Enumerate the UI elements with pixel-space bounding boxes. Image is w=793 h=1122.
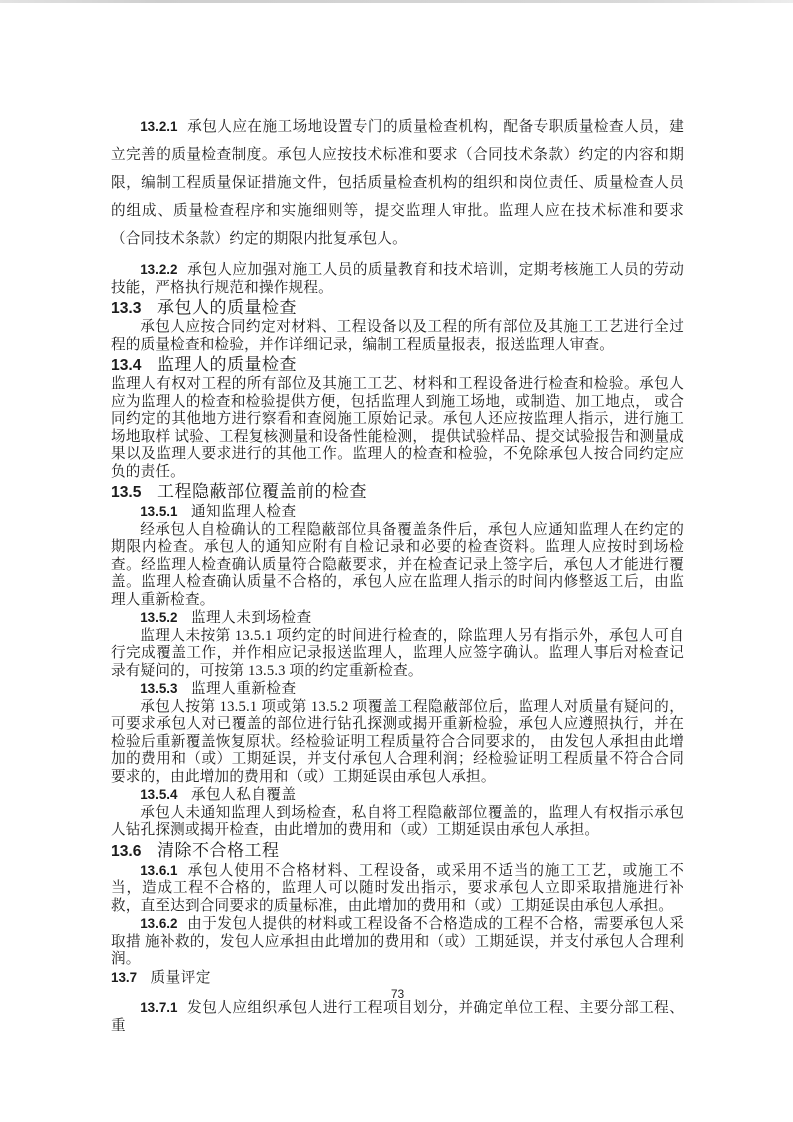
clause-text: 承包人应加强对施工人员的质量教育和技术培训，定期考核施工人员的劳动技能，严格执行… <box>111 262 684 296</box>
subsection-heading-13-5-1: 13.5.1通知监理人检查 <box>111 503 684 522</box>
subsection-title: 监理人未到场检查 <box>191 610 312 626</box>
section-number: 13.7 <box>111 970 137 985</box>
clause-text: 承包人按第 13.5.1 项或第 13.5.2 项覆盖工程隐蔽部位后，监理人对质… <box>111 699 684 785</box>
clause-text: 发包人应组织承包人进行工程项目划分，并确定单位工程、主要分部工程、重 <box>111 1000 684 1034</box>
subsection-heading-13-5-3: 13.5.3监理人重新检查 <box>111 680 684 699</box>
subsection-heading-13-5-4: 13.5.4承包人私自覆盖 <box>111 786 684 805</box>
section-title: 工程隐蔽部位覆盖前的检查 <box>157 482 367 501</box>
clause-text: 承包人应在施工场地设置专门的质量检查机构，配备专职质量检查人员，建立完善的质量检… <box>111 119 684 247</box>
clause-text: 经承包人自检确认的工程隐蔽部位具备覆盖条件后，承包人应通知监理人在约定的期限内检… <box>111 522 684 608</box>
paragraph-13-5-4-body: 承包人未通知监理人到场检查，私自将工程隐蔽部位覆盖的，监理人有权指示承包人钻孔探… <box>111 805 684 840</box>
section-title: 承包人的质量检查 <box>157 298 297 317</box>
paragraph-13-2-2: 13.2.2承包人应加强对施工人员的质量教育和技术培训，定期考核施工人员的劳动技… <box>111 261 684 297</box>
clause-number: 13.6.2 <box>140 916 177 931</box>
clause-text: 承包人未通知监理人到场检查，私自将工程隐蔽部位覆盖的，监理人有权指示承包人钻孔探… <box>111 805 684 839</box>
clause-number: 13.2.2 <box>140 262 177 277</box>
section-heading-13-5: 13.5工程隐蔽部位覆盖前的检查 <box>111 481 684 503</box>
section-number: 13.4 <box>111 357 141 374</box>
clause-text: 承包人应按合同约定对材料、工程设备以及工程的所有部位及其施工工艺进行全过程的质量… <box>111 319 684 353</box>
clause-number: 13.6.1 <box>140 863 177 878</box>
section-number: 13.6 <box>111 843 141 860</box>
paragraph-13-7-1: 13.7.1发包人应组织承包人进行工程项目划分，并确定单位工程、主要分部工程、重 <box>111 999 684 1035</box>
paragraph-13-3-body: 承包人应按合同约定对材料、工程设备以及工程的所有部位及其施工工艺进行全过程的质量… <box>111 319 684 354</box>
paragraph-13-6-1: 13.6.1承包人使用不合格材料、工程设备，或采用不适当的施工工艺，或施工不当，… <box>111 862 684 916</box>
page-number: 73 <box>111 987 684 1001</box>
clause-number: 13.2.1 <box>140 119 177 134</box>
section-heading-13-3: 13.3承包人的质量检查 <box>111 297 684 319</box>
clause-text: 监理人有权对工程的所有部位及其施工工艺、材料和工程设备进行检查和检验。承包人应为… <box>111 376 684 480</box>
section-title: 清除不合格工程 <box>157 841 280 860</box>
scan-edge-artifact <box>0 0 793 3</box>
subsection-number: 13.5.3 <box>140 681 177 696</box>
clause-text: 承包人使用不合格材料、工程设备，或采用不适当的施工工艺，或施工不当，造成工程不合… <box>111 863 684 914</box>
paragraph-13-6-2: 13.6.2由于发包人提供的材料或工程设备不合格造成的工程不合格，需要承包人采取… <box>111 915 684 969</box>
paragraph-13-2-1: 13.2.1承包人应在施工场地设置专门的质量检查机构，配备专职质量检查人员，建立… <box>111 113 684 253</box>
subsection-title: 承包人私自覆盖 <box>191 787 297 803</box>
paragraph-13-5-1-body: 经承包人自检确认的工程隐蔽部位具备覆盖条件后，承包人应通知监理人在约定的期限内检… <box>111 522 684 610</box>
paragraph-13-4-body: 监理人有权对工程的所有部位及其施工工艺、材料和工程设备进行检查和检验。承包人应为… <box>111 376 684 481</box>
subsection-number: 13.5.1 <box>140 504 177 519</box>
section-heading-13-7: 13.7质量评定 <box>111 969 684 988</box>
clause-number: 13.7.1 <box>140 1000 177 1015</box>
section-title: 质量评定 <box>151 970 211 986</box>
clause-text: 监理人未按第 13.5.1 项约定的时间进行检查的，除监理人另有指示外，承包人可… <box>111 628 684 679</box>
section-number: 13.3 <box>111 300 141 317</box>
subsection-title: 监理人重新检查 <box>191 681 297 697</box>
subsection-number: 13.5.4 <box>140 787 177 802</box>
section-heading-13-4: 13.4监理人的质量检查 <box>111 354 684 376</box>
subsection-number: 13.5.2 <box>140 610 177 625</box>
paragraph-13-5-3-body: 承包人按第 13.5.1 项或第 13.5.2 项覆盖工程隐蔽部位后，监理人对质… <box>111 699 684 787</box>
paragraph-13-5-2-body: 监理人未按第 13.5.1 项约定的时间进行检查的，除监理人另有指示外，承包人可… <box>111 628 684 681</box>
section-heading-13-6: 13.6清除不合格工程 <box>111 840 684 862</box>
subsection-heading-13-5-2: 13.5.2监理人未到场检查 <box>111 609 684 628</box>
subsection-title: 通知监理人检查 <box>191 504 297 520</box>
document-body: 13.2.1承包人应在施工场地设置专门的质量检查机构，配备专职质量检查人员，建立… <box>111 113 684 1035</box>
document-page: { "document": { "page_number": "73", "bl… <box>0 0 793 1122</box>
section-number: 13.5 <box>111 484 141 501</box>
clause-text: 由于发包人提供的材料或工程设备不合格造成的工程不合格，需要承包人采取措 施补救的… <box>111 916 684 967</box>
section-title: 监理人的质量检查 <box>157 355 297 374</box>
